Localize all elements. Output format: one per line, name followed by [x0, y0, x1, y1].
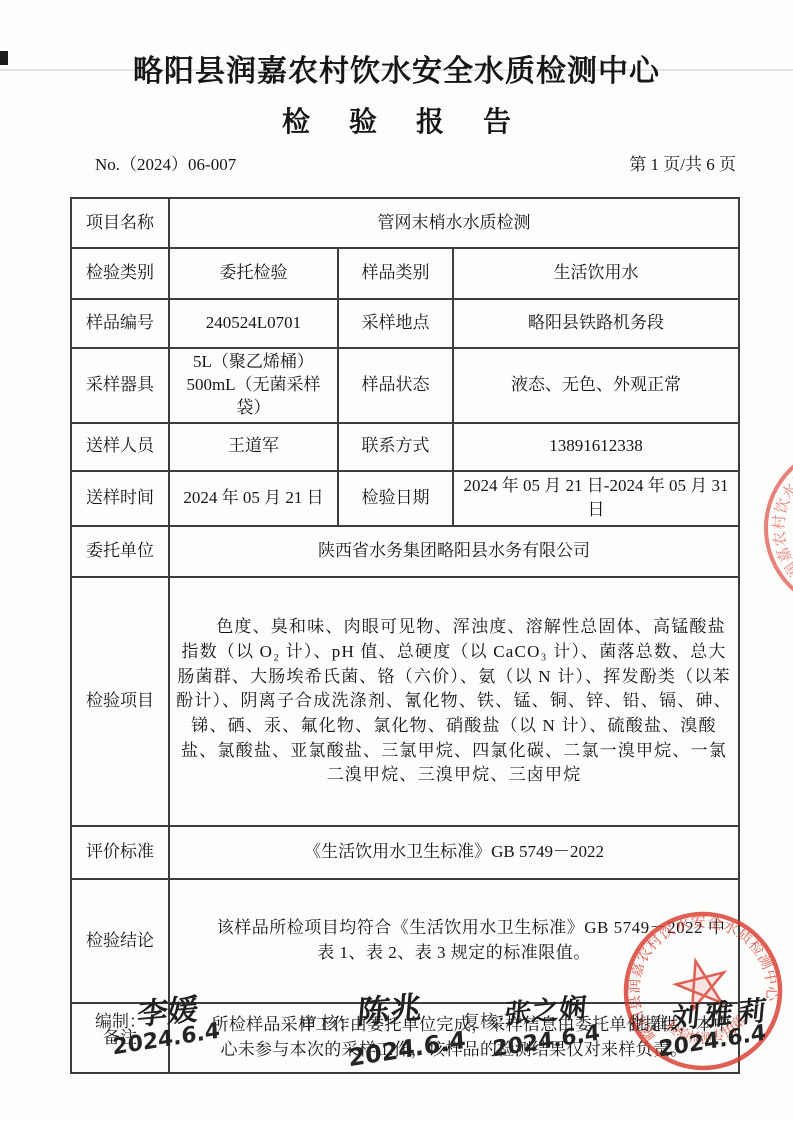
edge-seal-stamp: 略阳县润嘉农村饮水安全水质检测中心 检验检测专用章: [748, 428, 793, 628]
field-sample-sender-value: 王道军: [169, 423, 338, 471]
field-sample-no-label: 样品编号: [71, 299, 169, 348]
meta-row: No.（2024）06-007 第 1 页/共 6 页: [95, 150, 736, 175]
edge-seal-ring-text: 略阳县润嘉农村饮水安全水质检测中心: [748, 428, 793, 614]
row-sender: 送样人员 王道军 联系方式 13891612338: [71, 423, 739, 471]
row-client: 委托单位 陕西省水务集团略阳县水务有限公司: [71, 526, 739, 577]
row-sample-no: 样品编号 240524L0701 采样地点 略阳县铁路机务段: [71, 299, 739, 348]
field-sample-sender-label: 送样人员: [71, 423, 169, 471]
field-evaluation-standard-label: 评价标准: [71, 826, 169, 879]
row-standard: 评价标准 《生活饮用水卫生标准》GB 5749－2022: [71, 826, 739, 879]
field-sampling-site-value: 略阳县铁路机务段: [453, 299, 739, 348]
org-name-title: 略阳县润嘉农村饮水安全水质检测中心: [0, 46, 793, 90]
page-indicator: 第 1 页/共 6 页: [629, 150, 736, 175]
row-category: 检验类别 委托检验 样品类别 生活饮用水: [71, 248, 739, 299]
field-conclusion-label: 检验结论: [71, 879, 169, 1003]
container-line-2: 500mL（无菌采样袋）: [176, 374, 331, 420]
report-page: 略阳县润嘉农村饮水安全水质检测中心 检 验 报 告 No.（2024）06-00…: [0, 0, 793, 1121]
field-test-date-label: 检验日期: [338, 471, 453, 526]
field-test-items-label: 检验项目: [71, 577, 169, 826]
svg-text:略阳县润嘉农村饮水安全水质检测中心: 略阳县润嘉农村饮水安全水质检测中心: [748, 428, 793, 614]
field-contact-phone-value: 13891612338: [453, 423, 739, 471]
field-sampling-site-label: 采样地点: [338, 299, 453, 348]
field-evaluation-standard-value: 《生活饮用水卫生标准》GB 5749－2022: [169, 826, 739, 879]
field-inspection-category-value: 委托检验: [169, 248, 338, 299]
row-test-items: 检验项目 色度、臭和味、肉眼可见物、浑浊度、溶解性总固体、高锰酸盐指数（以 O₂…: [71, 577, 739, 826]
field-sample-category-label: 样品类别: [338, 248, 453, 299]
row-container: 采样器具 5L（聚乙烯桶） 500mL（无菌采样袋） 样品状态 液态、无色、外观…: [71, 348, 739, 423]
field-sample-state-label: 样品状态: [338, 348, 453, 423]
field-test-items-value: 色度、臭和味、肉眼可见物、浑浊度、溶解性总固体、高锰酸盐指数（以 O₂ 计）、p…: [169, 577, 739, 826]
row-dates: 送样时间 2024 年 05 月 21 日 检验日期 2024 年 05 月 2…: [71, 471, 739, 526]
field-test-date-value: 2024 年 05 月 21 日-2024 年 05 月 31 日: [453, 471, 739, 526]
field-inspection-category-label: 检验类别: [71, 248, 169, 299]
container-line-1: 5L（聚乙烯桶）: [176, 351, 331, 374]
field-client-org-label: 委托单位: [71, 526, 169, 577]
field-contact-phone-label: 联系方式: [338, 423, 453, 471]
field-sample-state-value: 液态、无色、外观正常: [453, 348, 739, 423]
field-sample-no-value: 240524L0701: [169, 299, 338, 348]
field-sample-category-value: 生活饮用水: [453, 248, 739, 299]
field-delivery-date-value: 2024 年 05 月 21 日: [169, 471, 338, 526]
field-project-name-value: 管网末梢水水质检测: [169, 198, 739, 248]
report-title: 检 验 报 告: [0, 100, 793, 140]
field-project-name-label: 项目名称: [71, 198, 169, 248]
field-sampling-container-label: 采样器具: [71, 348, 169, 423]
signature-footer: 编制： 李媛 2024.6.4 审 核： 陈兆 2024.6.4 复核： 张之娴…: [0, 995, 793, 1115]
field-delivery-date-label: 送样时间: [71, 471, 169, 526]
field-client-org-value: 陕西省水务集团略阳县水务有限公司: [169, 526, 739, 577]
reviewed-by-signature: 陈兆: [356, 982, 425, 1033]
row-project-name: 项目名称 管网末梢水水质检测: [71, 198, 739, 248]
field-sampling-container-value: 5L（聚乙烯桶） 500mL（无菌采样袋）: [169, 348, 338, 423]
reviewed-by-label: 审 核：: [300, 1009, 355, 1034]
report-number: No.（2024）06-007: [95, 150, 236, 175]
